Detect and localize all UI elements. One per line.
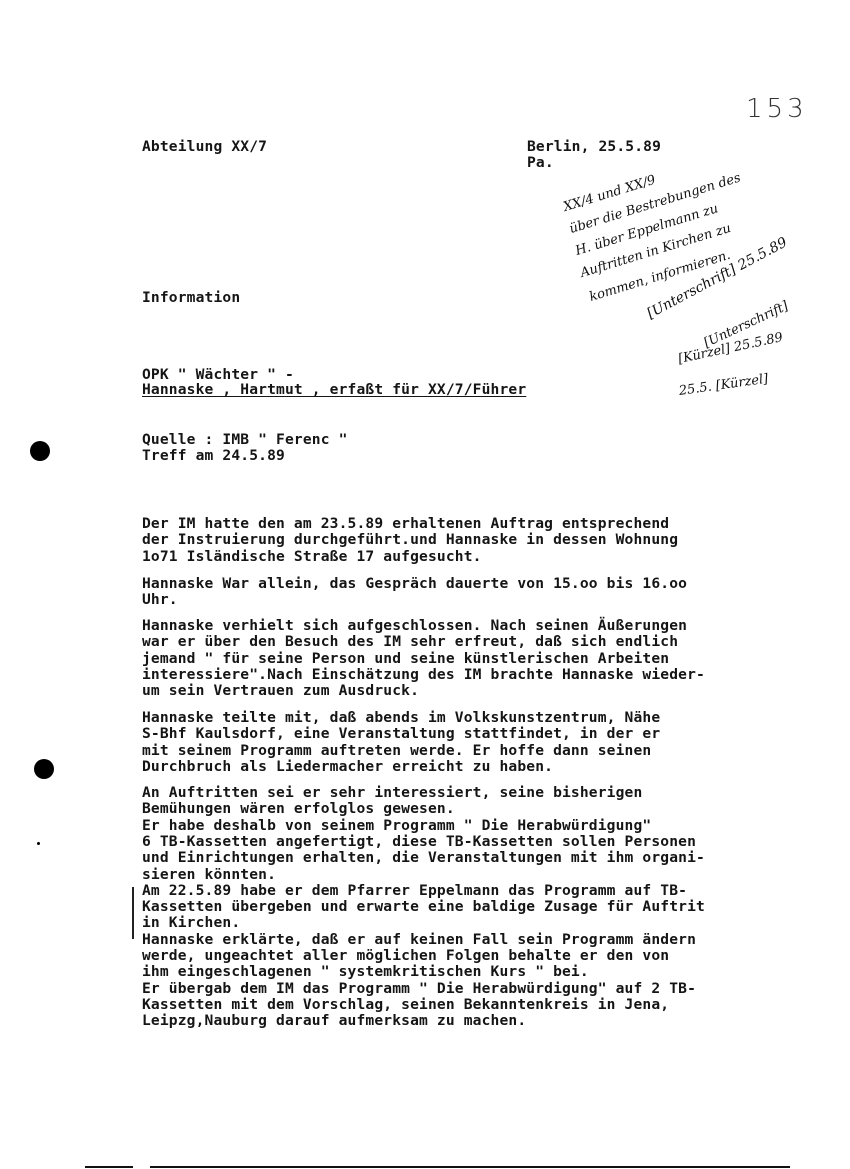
body-line: und Einrichtungen erhalten, die Veransta… [142, 849, 705, 866]
margin-dot [37, 842, 40, 845]
punch-hole [30, 441, 50, 461]
body-line: Bemühungen wären erfolglos gewesen. [142, 800, 455, 817]
source-line: Quelle : IMB " Ferenc " [142, 431, 348, 448]
body-line: jemand " für seine Person und seine küns… [142, 650, 669, 667]
body-line: Hannaske erklärte, daß er auf keinen Fal… [142, 931, 696, 948]
bottom-edge [150, 1166, 790, 1168]
body-line: in Kirchen. [142, 914, 240, 931]
body-line: Kassetten übergeben und erwarte eine bal… [142, 898, 705, 915]
body-line: Hannaske verhielt sich aufgeschlossen. N… [142, 617, 687, 634]
department-label: Abteilung XX/7 [142, 138, 267, 155]
bottom-edge [85, 1166, 133, 1168]
body-line: Er habe deshalb von seinem Programm " Di… [142, 817, 651, 834]
body-line: interessiere".Nach Einschätzung des IM b… [142, 666, 705, 683]
body-line: war er über den Besuch des IM sehr erfre… [142, 633, 678, 650]
body-line: sieren könnten. [142, 866, 276, 883]
body-line: Der IM hatte den am 23.5.89 erhaltenen A… [142, 515, 669, 532]
author-abbrev: Pa. [527, 154, 554, 171]
body-line: S-Bhf Kaulsdorf, eine Veranstaltung stat… [142, 725, 660, 742]
body-line: mit seinem Programm auftreten werde. Er … [142, 742, 651, 759]
body-line: um sein Vertrauen zum Ausdruck. [142, 682, 419, 699]
body-line: Kassetten mit dem Vorschlag, seinen Beka… [142, 996, 669, 1013]
body-line: 1o71 Isländische Straße 17 aufgesucht. [142, 548, 482, 565]
body-line: Hannaske War allein, das Gespräch dauert… [142, 575, 687, 592]
body-line: Hannaske teilte mit, daß abends im Volks… [142, 709, 660, 726]
body-line: Am 22.5.89 habe er dem Pfarrer Eppelmann… [142, 882, 687, 899]
body-line: der Instruierung durchgeführt.und Hannas… [142, 531, 678, 548]
meeting-line: Treff am 24.5.89 [142, 447, 285, 464]
body-line: Er übergab dem IM das Programm " Die Her… [142, 980, 696, 997]
document-title: Information [142, 289, 240, 306]
place-date: Berlin, 25.5.89 [527, 138, 661, 155]
body-line: Durchbruch als Liedermacher erreicht zu … [142, 758, 553, 775]
body-line: An Auftritten sei er sehr interessiert, … [142, 784, 642, 801]
margin-mark [132, 887, 134, 939]
body-line: werde, ungeachtet aller möglichen Folgen… [142, 947, 669, 964]
signature: 25.5. [Kürzel] [678, 372, 769, 399]
body-line: Uhr. [142, 591, 178, 608]
document-page: 153 Abteilung XX/7 Berlin, 25.5.89 Pa. X… [0, 0, 850, 1169]
punch-hole [34, 759, 54, 779]
body-line: Leipzg,Nauburg darauf aufmerksam zu mach… [142, 1012, 526, 1029]
body-line: ihm eingeschlagenen " systemkritischen K… [142, 963, 589, 980]
subject-person: Hannaske , Hartmut , erfaßt für XX/7/Füh… [142, 381, 526, 398]
page-number: 153 [746, 94, 808, 124]
body-line: 6 TB-Kassetten angefertigt, diese TB-Kas… [142, 833, 696, 850]
